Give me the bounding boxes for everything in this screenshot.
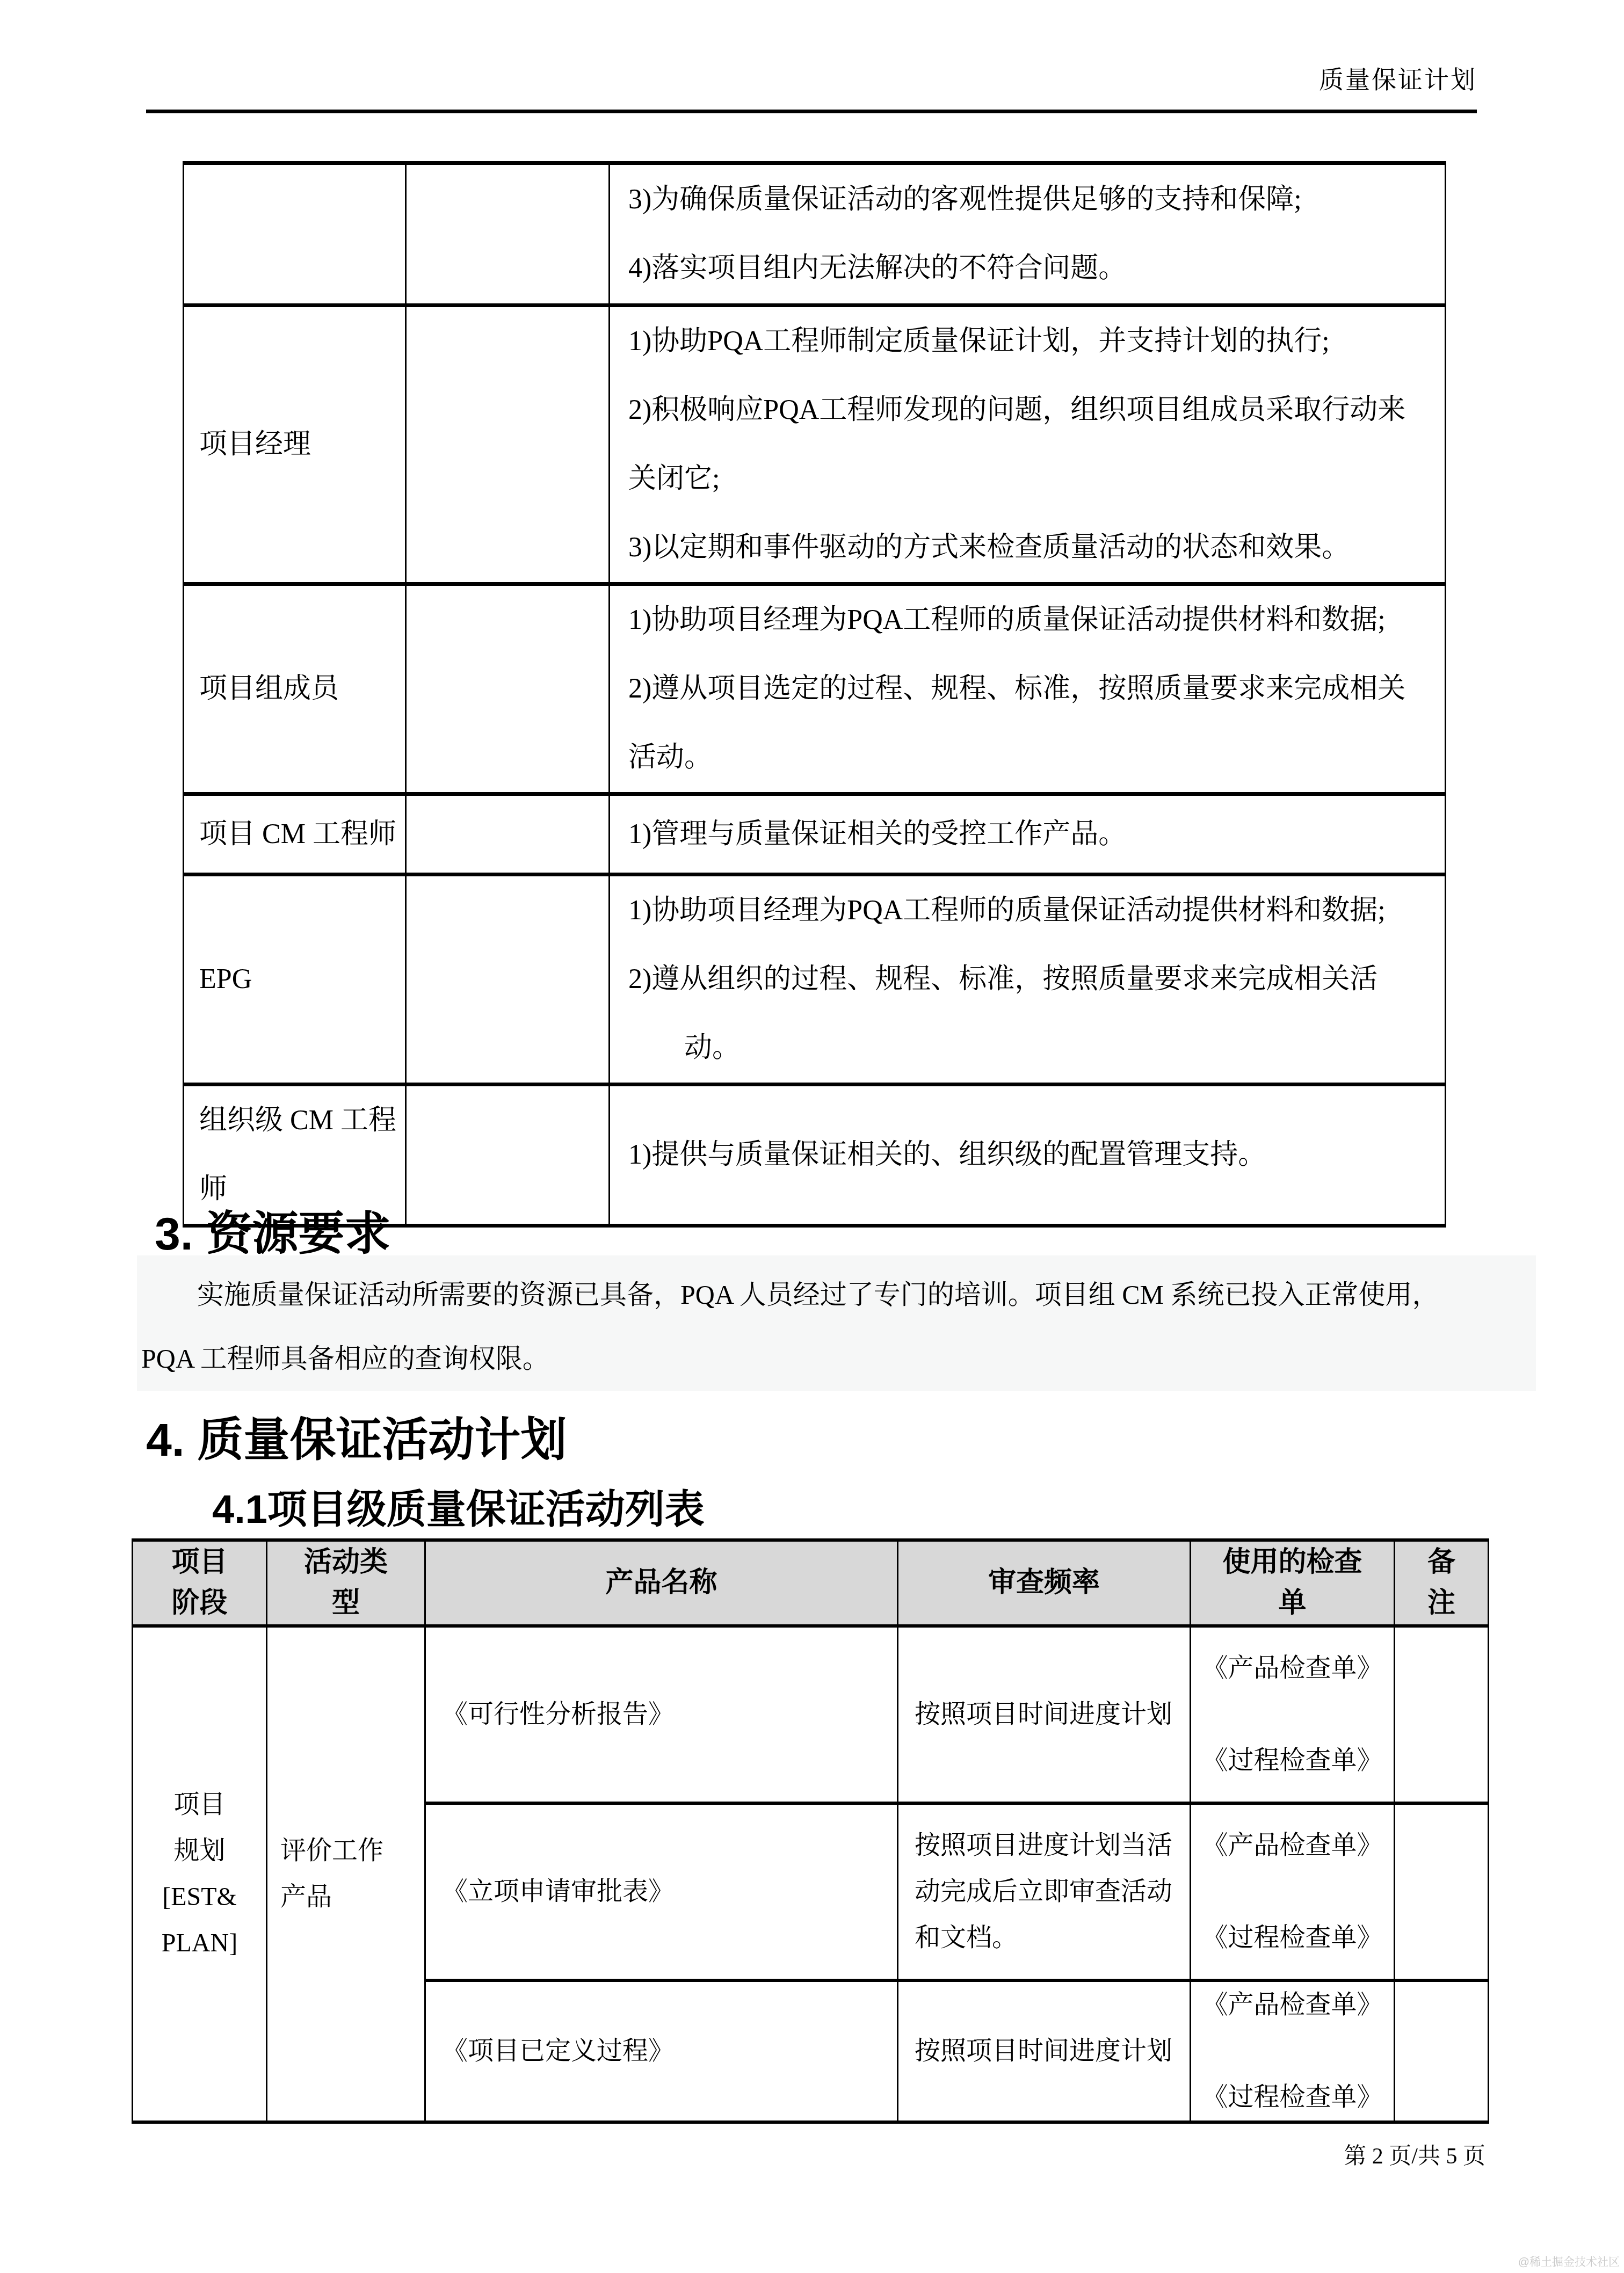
note-cell (1395, 1980, 1489, 2122)
column-header-checklist: 使用的检查 单 (1191, 1540, 1395, 1626)
note-cell (1395, 1803, 1489, 1980)
role-cell (184, 163, 406, 306)
empty-cell (406, 584, 610, 794)
checklist-cell: 《产品检查单》 《过程检查单》 (1191, 1803, 1395, 1980)
review-frequency-cell: 按照项目时间进度计划 (898, 1626, 1191, 1803)
table-row: 3)为确保质量保证活动的客观性提供足够的支持和保障; 4)落实项目组内无法解决的… (184, 163, 1446, 306)
column-header-review-frequency: 审查频率 (898, 1540, 1191, 1626)
product-name-cell: 《可行性分析报告》 (425, 1626, 898, 1803)
review-frequency-cell: 按照项目时间进度计划 (898, 1980, 1191, 2122)
responsibilities-cell: 3)为确保质量保证活动的客观性提供足够的支持和保障; 4)落实项目组内无法解决的… (610, 163, 1446, 306)
checklist-cell: 《产品检查单》 《过程检查单》 (1191, 1980, 1395, 2122)
empty-cell (406, 163, 610, 306)
header-rule (146, 110, 1477, 113)
column-header-product-name: 产品名称 (425, 1540, 898, 1626)
column-header-note: 备 注 (1395, 1540, 1489, 1626)
section-3-heading: 3. 资源要求 (155, 1196, 391, 1263)
empty-cell (406, 875, 610, 1085)
product-name-cell: 《立项申请审批表》 (425, 1803, 898, 1980)
column-header-stage: 项目 阶段 (133, 1540, 267, 1626)
section-4-1-heading: 4.1项目级质量保证活动列表 (212, 1478, 705, 1535)
watermark: @稀土掘金技术社区 (1518, 2253, 1620, 2269)
responsibilities-cell: 1)协助项目经理为PQA工程师的质量保证活动提供材料和数据; 2)遵从项目选定的… (610, 584, 1446, 794)
page-number: 第 2 页/共 5 页 (1344, 2138, 1485, 2170)
column-header-activity-type: 活动类 型 (267, 1540, 425, 1626)
role-cell: 项目经理 (184, 306, 406, 584)
section-3-paragraph: 实施质量保证活动所需要的资源已具备，PQA 人员经过了专门的培训。项目组 CM … (141, 1263, 1484, 1391)
empty-cell (406, 306, 610, 584)
table-row: EPG 1)协助项目经理为PQA工程师的质量保证活动提供材料和数据; 2)遵从组… (184, 875, 1446, 1085)
empty-cell (406, 1085, 610, 1226)
page-header-title: 质量保证计划 (1319, 60, 1477, 96)
product-name-cell: 《项目已定义过程》 (425, 1980, 898, 2122)
section-4-heading: 4. 质量保证活动计划 (146, 1403, 567, 1469)
table-row: 项目 规划 [EST& PLAN] 评价工作 产品 《可行性分析报告》 按照项目… (133, 1626, 1489, 1803)
role-cell: 项目 CM 工程师 (184, 794, 406, 875)
table-row: 项目组成员 1)协助项目经理为PQA工程师的质量保证活动提供材料和数据; 2)遵… (184, 584, 1446, 794)
role-cell: 项目组成员 (184, 584, 406, 794)
qa-activities-table: 项目 阶段 活动类 型 产品名称 审查频率 使用的检查 单 备 注 项目 规划 … (132, 1538, 1489, 2124)
responsibilities-cell: 1)协助项目经理为PQA工程师的质量保证活动提供材料和数据; 2)遵从组织的过程… (610, 875, 1446, 1085)
empty-cell (406, 794, 610, 875)
table-row: 项目经理 1)协助PQA工程师制定质量保证计划，并支持计划的执行; 2)积极响应… (184, 306, 1446, 584)
checklist-cell: 《产品检查单》 《过程检查单》 (1191, 1626, 1395, 1803)
responsibilities-cell: 1)管理与质量保证相关的受控工作产品。 (610, 794, 1446, 875)
role-cell: EPG (184, 875, 406, 1085)
table-header-row: 项目 阶段 活动类 型 产品名称 审查频率 使用的检查 单 备 注 (133, 1540, 1489, 1626)
responsibilities-cell: 1)提供与质量保证相关的、组织级的配置管理支持。 (610, 1085, 1446, 1226)
review-frequency-cell: 按照项目进度计划当活 动完成后立即审查活动 和文档。 (898, 1803, 1191, 1980)
stage-cell: 项目 规划 [EST& PLAN] (133, 1626, 267, 2122)
responsibilities-cell: 1)协助PQA工程师制定质量保证计划，并支持计划的执行; 2)积极响应PQA工程… (610, 306, 1446, 584)
table-row: 项目 CM 工程师 1)管理与质量保证相关的受控工作产品。 (184, 794, 1446, 875)
roles-responsibilities-table: 3)为确保质量保证活动的客观性提供足够的支持和保障; 4)落实项目组内无法解决的… (183, 161, 1446, 1228)
activity-type-cell: 评价工作 产品 (267, 1626, 425, 2122)
note-cell (1395, 1626, 1489, 1803)
